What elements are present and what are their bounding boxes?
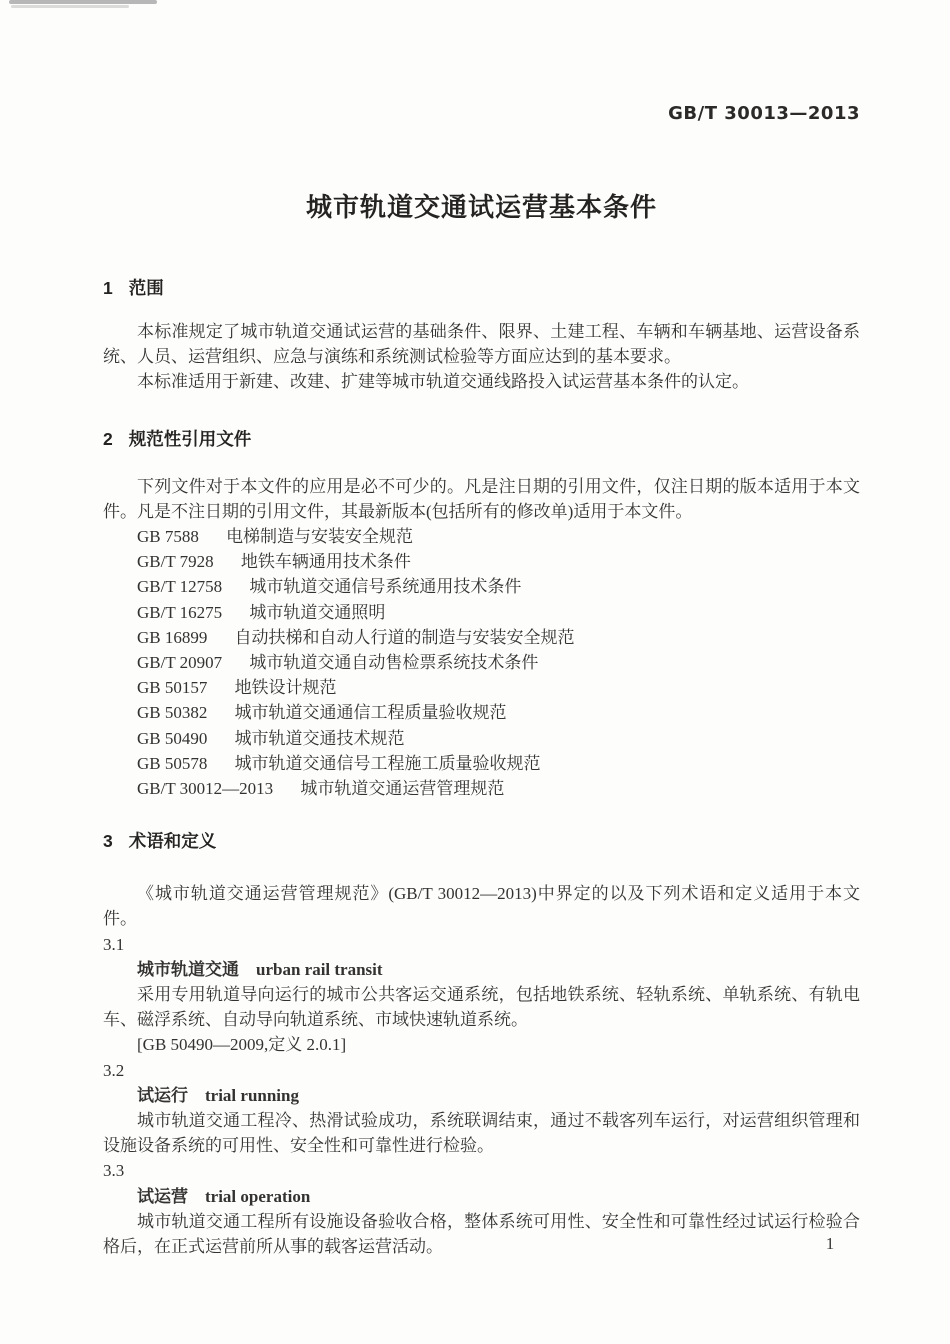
- section-3-heading: 3术语和定义: [103, 830, 860, 852]
- term-zh-label: 试运营: [137, 1187, 188, 1206]
- document-title: 城市轨道交通试运营基本条件: [103, 187, 860, 224]
- reference-item: GB 50490城市轨道交通技术规范: [137, 726, 860, 751]
- section-3-number: 3: [103, 830, 113, 852]
- reference-title: 城市轨道交通运营管理规范: [300, 779, 504, 798]
- term-3-2-id: 3.2: [103, 1058, 860, 1083]
- term-3-1-name: 城市轨道交通urban rail transit: [137, 957, 860, 982]
- page-number: 1: [780, 1234, 880, 1254]
- reference-item: GB 16899自动扶梯和自动人行道的制造与安装安全规范: [137, 625, 860, 650]
- reference-item: GB/T 7928地铁车辆通用技术条件: [137, 549, 860, 574]
- reference-code: GB/T 7928: [137, 549, 214, 574]
- term-3-1-definition: 采用专用轨道导向运行的城市公共客运交通系统，包括地铁系统、轻轨系统、单轨系统、有…: [103, 982, 860, 1032]
- reference-code: GB/T 20907: [137, 650, 222, 675]
- section-1-paragraph: 本标准适用于新建、改建、扩建等城市轨道交通线路投入试运营基本条件的认定。: [103, 369, 860, 394]
- reference-item: GB 50382城市轨道交通通信工程质量验收规范: [137, 700, 860, 725]
- standard-code-header: GB/T 30013—2013: [103, 103, 860, 124]
- reference-title: 地铁设计规范: [235, 678, 337, 697]
- term-3-3-id: 3.3: [103, 1158, 860, 1183]
- reference-code: GB 50382: [137, 700, 207, 725]
- document-body: 1范围 本标准规定了城市轨道交通试运营的基础条件、限界、土建工程、车辆和车辆基地…: [103, 270, 860, 1259]
- reference-title: 城市轨道交通技术规范: [235, 729, 405, 748]
- term-3-2-definition: 城市轨道交通工程冷、热滑试验成功，系统联调结束，通过不载客列车运行，对运营组织管…: [103, 1108, 860, 1158]
- reference-list: GB 7588电梯制造与安装安全规范 GB/T 7928地铁车辆通用技术条件 G…: [137, 524, 860, 801]
- term-3-1-source: [GB 50490—2009,定义 2.0.1]: [137, 1032, 860, 1057]
- scan-artifact: [9, 0, 157, 4]
- section-3-intro: 《城市轨道交通运营管理规范》(GB/T 30012—2013)中界定的以及下列术…: [103, 881, 860, 931]
- term-zh-label: 试运行: [137, 1086, 188, 1105]
- reference-code: GB/T 30012—2013: [137, 776, 273, 801]
- reference-code: GB 7588: [137, 524, 199, 549]
- reference-code: GB 50490: [137, 726, 207, 751]
- document-page: GB/T 30013—2013 城市轨道交通试运营基本条件 1范围 本标准规定了…: [0, 0, 950, 1344]
- section-1-number: 1: [103, 277, 113, 299]
- reference-code: GB/T 12758: [137, 574, 222, 599]
- section-2-number: 2: [103, 428, 113, 450]
- section-2-heading: 2规范性引用文件: [103, 428, 860, 450]
- reference-title: 城市轨道交通通信工程质量验收规范: [235, 703, 507, 722]
- reference-item: GB/T 20907城市轨道交通自动售检票系统技术条件: [137, 650, 860, 675]
- reference-title: 地铁车辆通用技术条件: [241, 552, 411, 571]
- section-2-intro: 下列文件对于本文件的应用是必不可少的。凡是注日期的引用文件，仅注日期的版本适用于…: [103, 474, 860, 524]
- reference-item: GB/T 16275城市轨道交通照明: [137, 600, 860, 625]
- section-1-title: 范围: [129, 278, 164, 298]
- reference-item: GB/T 12758城市轨道交通信号系统通用技术条件: [137, 574, 860, 599]
- term-3-3-name: 试运营trial operation: [137, 1184, 860, 1209]
- section-3-title: 术语和定义: [129, 831, 217, 851]
- reference-item: GB 50578城市轨道交通信号工程施工质量验收规范: [137, 751, 860, 776]
- section-1-heading: 1范围: [103, 277, 860, 299]
- reference-code: GB 50157: [137, 675, 207, 700]
- reference-title: 自动扶梯和自动人行道的制造与安装安全规范: [235, 628, 575, 647]
- term-zh-label: 城市轨道交通: [137, 960, 239, 979]
- scan-artifact: [11, 5, 129, 8]
- reference-item: GB 7588电梯制造与安装安全规范: [137, 524, 860, 549]
- term-en-label: trial running: [205, 1086, 299, 1105]
- section-1-paragraph: 本标准规定了城市轨道交通试运营的基础条件、限界、土建工程、车辆和车辆基地、运营设…: [103, 319, 860, 369]
- reference-item: GB 50157地铁设计规范: [137, 675, 860, 700]
- reference-code: GB 16899: [137, 625, 207, 650]
- reference-title: 电梯制造与安装安全规范: [226, 527, 413, 546]
- reference-item: GB/T 30012—2013城市轨道交通运营管理规范: [137, 776, 860, 801]
- reference-code: GB 50578: [137, 751, 207, 776]
- term-3-2-name: 试运行trial running: [137, 1083, 860, 1108]
- term-en-label: urban rail transit: [256, 960, 383, 979]
- term-en-label: trial operation: [205, 1187, 310, 1206]
- reference-title: 城市轨道交通信号工程施工质量验收规范: [235, 754, 541, 773]
- term-3-3-definition: 城市轨道交通工程所有设施设备验收合格，整体系统可用性、安全性和可靠性经过试运行检…: [103, 1209, 860, 1259]
- term-3-1-id: 3.1: [103, 932, 860, 957]
- reference-title: 城市轨道交通照明: [249, 603, 385, 622]
- reference-code: GB/T 16275: [137, 600, 222, 625]
- reference-title: 城市轨道交通自动售检票系统技术条件: [249, 653, 538, 672]
- section-2-title: 规范性引用文件: [129, 429, 252, 449]
- reference-title: 城市轨道交通信号系统通用技术条件: [249, 577, 521, 596]
